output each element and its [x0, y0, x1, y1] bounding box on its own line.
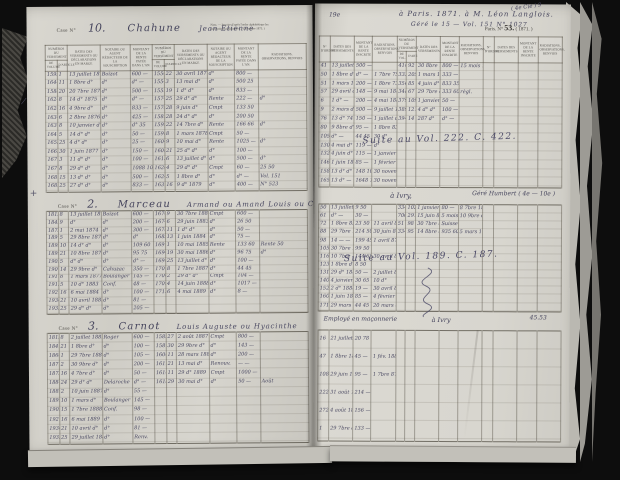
cell: d°: [102, 360, 132, 369]
cell: d°: [101, 219, 131, 227]
cell: [494, 177, 518, 186]
cell: d°: [101, 156, 131, 165]
cell: [518, 177, 537, 186]
cell: [261, 432, 309, 441]
cell: d°: [69, 219, 102, 227]
cell: 9 juin d°: [175, 104, 208, 113]
cell: 29 9bre d°: [69, 266, 102, 274]
cell: [373, 62, 397, 71]
cell: [536, 403, 560, 421]
cell: [260, 404, 308, 413]
cell: Vol. 151: [259, 172, 307, 181]
cell: d°: [100, 87, 130, 96]
cell: 1 février 87: [372, 159, 396, 168]
cell: 50 —: [235, 129, 259, 138]
cell: 21: [59, 297, 69, 305]
cell: 800 —: [235, 69, 259, 78]
cell: 833 —: [131, 181, 153, 190]
column-header: Numéros du versement: [152, 44, 174, 59]
cell: 29 juin 1886: [329, 366, 353, 384]
cell: d°: [208, 147, 235, 156]
cell: 44 45: [353, 302, 371, 310]
cell: 200 —: [354, 79, 372, 88]
cell: 4 mai d°: [330, 141, 354, 150]
cell: [415, 420, 439, 438]
cell: [537, 311, 561, 312]
cell: 16: [57, 105, 67, 114]
cell: [237, 432, 261, 441]
cell: 25 d° d°: [175, 147, 208, 156]
cell: 1655: [46, 139, 58, 148]
case-label: Case N°: [58, 205, 77, 210]
cell: [396, 237, 406, 245]
cell: [439, 348, 457, 366]
cell: d°: [101, 226, 131, 234]
cell: [416, 124, 440, 133]
cell: 4 février 89: [372, 294, 396, 302]
cell: 200 —: [236, 350, 260, 359]
cell: 1712: [154, 289, 166, 297]
column-header: Dates des versements ou déclarations en …: [174, 44, 207, 70]
cell: 8: [57, 96, 67, 105]
cell: 500 —: [131, 173, 153, 182]
cell: [483, 186, 494, 188]
cell: Rente: [208, 241, 235, 249]
cell: 50 —: [236, 226, 260, 234]
cell: [416, 177, 440, 186]
cell: [155, 433, 167, 442]
cell: [482, 270, 493, 278]
cell: 121: [406, 106, 416, 115]
cell: 20 78: [353, 330, 371, 348]
cell: [405, 366, 415, 384]
cell: d°: [103, 424, 133, 433]
cell: [405, 348, 415, 366]
cell: [536, 421, 560, 439]
cell: Rente: [207, 95, 234, 104]
cell: [261, 441, 309, 443]
cell: 11: [166, 369, 177, 378]
cell: 205: [407, 71, 417, 80]
cell: [482, 237, 493, 245]
cell: 28: [164, 104, 174, 113]
margin-mark: +: [30, 189, 38, 199]
cell: 29 d° d°: [68, 165, 101, 174]
column-header: Dates des versements: [416, 36, 440, 62]
cell: 1933: [48, 433, 60, 442]
cell: [237, 414, 261, 423]
table-row: 471 8bre 188545 —1 fév. 1888: [318, 348, 561, 367]
cell: d°: [131, 234, 153, 242]
cell: d°: [101, 173, 131, 182]
cell: 44 45: [236, 265, 260, 273]
cell: [258, 129, 306, 138]
cell: 1903: [47, 258, 59, 266]
cell: [175, 190, 208, 192]
cell: 13 mai d°: [177, 360, 210, 369]
cell: 21: [60, 424, 71, 433]
cell: 1578: [153, 104, 165, 113]
cell: [459, 124, 483, 133]
cell: [538, 71, 562, 80]
cell: 1641: [46, 131, 58, 140]
cell: 1634: [46, 114, 58, 123]
cell: 1 8bre d°: [68, 79, 101, 88]
cell: 6 mai 1884: [69, 289, 102, 297]
cell: 98 —: [132, 405, 154, 414]
cell: 29 7bre d°: [416, 88, 440, 97]
cell: 29 7bre 1886: [69, 351, 102, 360]
cell: [537, 237, 561, 245]
cell: 21 juillet 1885: [329, 330, 353, 348]
cell: [405, 402, 415, 420]
cell: 2: [59, 361, 70, 370]
cell: [538, 115, 562, 124]
cell: [153, 190, 165, 192]
cell: 13 d° d°: [330, 168, 354, 177]
cell: [518, 270, 537, 278]
cell: 4 mai 1884: [372, 97, 396, 106]
cell: [237, 423, 261, 432]
cell: 95: [406, 229, 416, 237]
cell: 3: [164, 79, 174, 88]
cell: [371, 402, 395, 420]
cell: 1895: [47, 243, 59, 251]
cell: 1 mars d°: [70, 397, 103, 406]
cell: [494, 160, 518, 169]
cell: d°: [102, 289, 132, 297]
cell: 60 —: [235, 164, 259, 173]
cell: 1866: [47, 352, 59, 361]
cell: [416, 159, 440, 168]
cell: 300 —: [131, 226, 153, 234]
cell: 1: [57, 71, 67, 80]
cell: 133 —: [353, 420, 371, 438]
cell: 31 août 1887: [329, 384, 353, 402]
cell: 4 janvier 1888: [329, 277, 353, 285]
cell: [482, 310, 493, 311]
cell: 13 d° —: [330, 176, 354, 185]
cell: 214 —: [353, 384, 371, 402]
cell: 10 d° 1883: [69, 281, 102, 289]
cell: 51: [396, 221, 406, 229]
cell: 2 d° 1888: [329, 285, 353, 293]
cell: d°: [102, 387, 132, 396]
cell: d°: [101, 130, 131, 139]
cell: 1907: [47, 266, 59, 274]
cell: 1677: [46, 165, 58, 174]
cell: 25 —: [131, 139, 153, 148]
cell: 50 —: [237, 377, 261, 386]
cell: 14 d° d°: [69, 242, 102, 250]
cell: [483, 205, 494, 213]
cell: 1 janvier 86: [416, 204, 440, 212]
cell: [415, 438, 439, 441]
cell: [482, 403, 493, 421]
cell: d°: [101, 242, 131, 250]
cell: 29 9bre d°: [176, 341, 209, 350]
cell: [102, 312, 132, 314]
cell: Cmpt: [207, 104, 234, 113]
cell: [494, 98, 518, 107]
cell: 81 —: [132, 297, 154, 305]
column-header: Notaire ou agent rédacteur de la souscri…: [207, 44, 235, 70]
cell: N° 523: [259, 180, 307, 189]
cell: 1875: [47, 370, 59, 379]
cell: 2 mars d°: [330, 106, 354, 115]
cell: 20: [57, 88, 67, 97]
cell: [166, 296, 176, 304]
cell: 5: [165, 173, 175, 182]
cell: 800 —: [236, 332, 260, 341]
cell: 205 —: [132, 304, 154, 312]
cell: 1921: [48, 415, 60, 424]
cell: 1670: [153, 211, 165, 219]
cell: d°: [101, 164, 131, 173]
cell: d°: [102, 342, 132, 351]
cell: [458, 177, 482, 186]
left-table-section-3: 181382 juillet 1885Roger600 —1582272 aoû…: [47, 331, 310, 445]
cell: 1 7bre 87: [371, 366, 395, 384]
cell: [440, 124, 458, 133]
cell: [483, 106, 494, 115]
cell: Cmpt: [208, 210, 235, 218]
case-number: 2.: [87, 198, 98, 211]
cell: 1921: [47, 289, 59, 297]
cell: [330, 185, 354, 187]
cell: 333 —: [441, 71, 459, 80]
cell: [166, 387, 177, 396]
cell: [483, 80, 494, 89]
cell: [354, 185, 372, 187]
cell: [406, 177, 416, 186]
cell: [493, 385, 517, 403]
cell: 6: [165, 156, 175, 165]
cell: 5 mois: [440, 213, 458, 221]
cell: [260, 350, 308, 359]
cell: 1889: [48, 388, 60, 397]
cell: 100 —: [235, 146, 259, 155]
cell: 25: [164, 96, 174, 105]
cell: [372, 204, 396, 212]
cell: [132, 312, 154, 314]
cell: [518, 221, 537, 229]
cell: 4 7bre d°: [70, 369, 103, 378]
cell: 30 novembre 89: [372, 177, 396, 186]
cell: 1644: [45, 79, 57, 88]
cell: [395, 384, 405, 402]
cell: [518, 98, 537, 107]
cell: 9: [165, 138, 175, 147]
cell: [415, 366, 439, 384]
cell: [518, 262, 537, 270]
cell: [260, 341, 308, 350]
cell: d°: [101, 258, 131, 266]
cell: 1698: [154, 257, 166, 265]
cell: 30: [58, 148, 68, 157]
ref-suffix: ( 1871. ): [516, 27, 533, 32]
cell: 13 juillet d°: [175, 155, 208, 164]
cell: 1678: [153, 226, 165, 234]
cell: [517, 349, 537, 367]
cell: 25: [58, 182, 68, 191]
cell: 1615: [153, 156, 165, 165]
cell: 1 8bre d°: [69, 342, 102, 351]
cell: [538, 133, 562, 142]
case-number: 10.: [88, 21, 106, 34]
cell: 1088 10: [131, 164, 153, 173]
cell: d° —: [440, 115, 458, 124]
cell: [155, 387, 167, 396]
cell: [457, 403, 481, 421]
cell: 2: [59, 388, 70, 397]
cell: 1588: [45, 88, 57, 97]
cell: [154, 312, 166, 314]
cell: [483, 159, 494, 168]
cell: [155, 442, 167, 444]
case-number: 3.: [88, 320, 99, 333]
cell: 26 50: [236, 218, 260, 226]
cell: 1871: [47, 361, 59, 370]
cell: 1 8bre 83: [372, 124, 396, 133]
cell: 200 —: [354, 97, 372, 106]
cell: 85 —: [353, 293, 371, 301]
cell: [209, 396, 236, 405]
cell: 29 d° d°: [175, 95, 208, 104]
column-header: Montant de la rente inscrite: [518, 37, 538, 63]
cell: [236, 296, 260, 304]
cell: 4: [165, 164, 175, 173]
cell: d° 35: [131, 122, 153, 131]
cell: 29 8bre 1875: [69, 234, 102, 242]
cell: [371, 438, 395, 441]
cell: [537, 262, 561, 270]
cell: [494, 115, 518, 124]
cell: 20 mars 88: [372, 302, 396, 310]
cell: [483, 151, 494, 160]
cell: 6: [57, 114, 67, 123]
cell: 1 mars 1878: [175, 130, 208, 139]
cell: 29 7bre d°: [329, 420, 353, 438]
cell: d° —: [132, 378, 154, 387]
cell: d°: [208, 181, 235, 190]
cell: [493, 294, 517, 302]
cell: [493, 278, 517, 286]
cell: [405, 384, 415, 402]
cell: 10: [58, 242, 68, 250]
cell: [397, 124, 407, 133]
cell: [416, 237, 440, 245]
cell: 102: [406, 204, 416, 212]
cell: 1891: [47, 235, 59, 243]
cell: [536, 385, 560, 403]
cell: [439, 366, 457, 384]
cell: [406, 150, 416, 159]
cell: [518, 205, 537, 213]
cell: Boizot: [101, 211, 131, 219]
cell: 1 juin 1888: [329, 293, 353, 301]
cell: 48 —: [132, 281, 154, 289]
cell: 1618: [154, 378, 166, 387]
cell: 1587: [154, 342, 166, 351]
cell: 13 d° 74: [330, 115, 354, 124]
column-subheader: de vol.: [397, 51, 407, 62]
cell: 85: [407, 80, 417, 89]
cell: [458, 294, 482, 302]
cell: 1554: [152, 79, 164, 88]
cell: [482, 278, 493, 286]
cell: [538, 62, 562, 71]
cell: [329, 310, 353, 311]
cell: [483, 115, 494, 124]
cell: 29 d° d°: [176, 273, 209, 281]
cell: 500 —: [235, 155, 259, 164]
cell: [395, 402, 405, 420]
cell: [493, 286, 517, 294]
cell: 14 juin 1888: [176, 281, 209, 289]
cell: [165, 190, 175, 192]
cell: 348: [397, 88, 407, 97]
cell: d°: [100, 113, 130, 122]
cell: Renouv.: [209, 359, 236, 368]
cell: [405, 420, 415, 438]
cell: [493, 331, 517, 349]
cell: 5: [59, 282, 69, 290]
cell: 29: [166, 378, 177, 387]
cell: [177, 432, 210, 441]
cell: [236, 311, 259, 313]
cell: 1813: [46, 211, 58, 219]
section2-residence: à Ivry,: [390, 192, 412, 200]
cell: 1915: [47, 282, 59, 290]
cell: [458, 286, 482, 294]
cell: 1550: [152, 70, 164, 79]
cell: 109 60: [131, 242, 153, 250]
cell: [518, 245, 537, 253]
cell: [59, 313, 69, 315]
cell: [459, 151, 483, 160]
cell: [416, 168, 440, 177]
cell: [406, 159, 416, 168]
cell: Roger: [102, 333, 132, 342]
cell: [518, 151, 537, 160]
cell: [538, 98, 562, 107]
cell: 14 d° 1875: [68, 96, 101, 105]
cell: 1 juin 1884: [176, 234, 209, 242]
cell: 5: [58, 131, 68, 140]
cell: d°: [103, 433, 133, 442]
cell: [537, 294, 561, 302]
column-header: Numéros du versement: [45, 45, 67, 60]
cell: [494, 142, 518, 151]
cell: 8 —: [236, 288, 260, 296]
printed-reference: Paris. N° 53. ( 1871. ): [485, 23, 533, 32]
column-header: Dates des versements ou déclarations en …: [67, 45, 100, 71]
cell: 1895: [48, 397, 60, 406]
cell: 1608: [153, 147, 165, 156]
case-name: Chahune: [127, 23, 181, 34]
cell: [536, 439, 560, 442]
cell: 410: [397, 62, 407, 71]
cell: 1585: [153, 113, 165, 122]
cell: [536, 367, 560, 385]
cell: 29 juillet 1889: [70, 433, 103, 442]
cell: 600 —: [132, 333, 154, 342]
cell: 15 mois 1883: [459, 62, 483, 71]
cell: Août: [260, 377, 308, 386]
cell: 5: [58, 258, 68, 266]
cell: 1681: [46, 174, 58, 183]
